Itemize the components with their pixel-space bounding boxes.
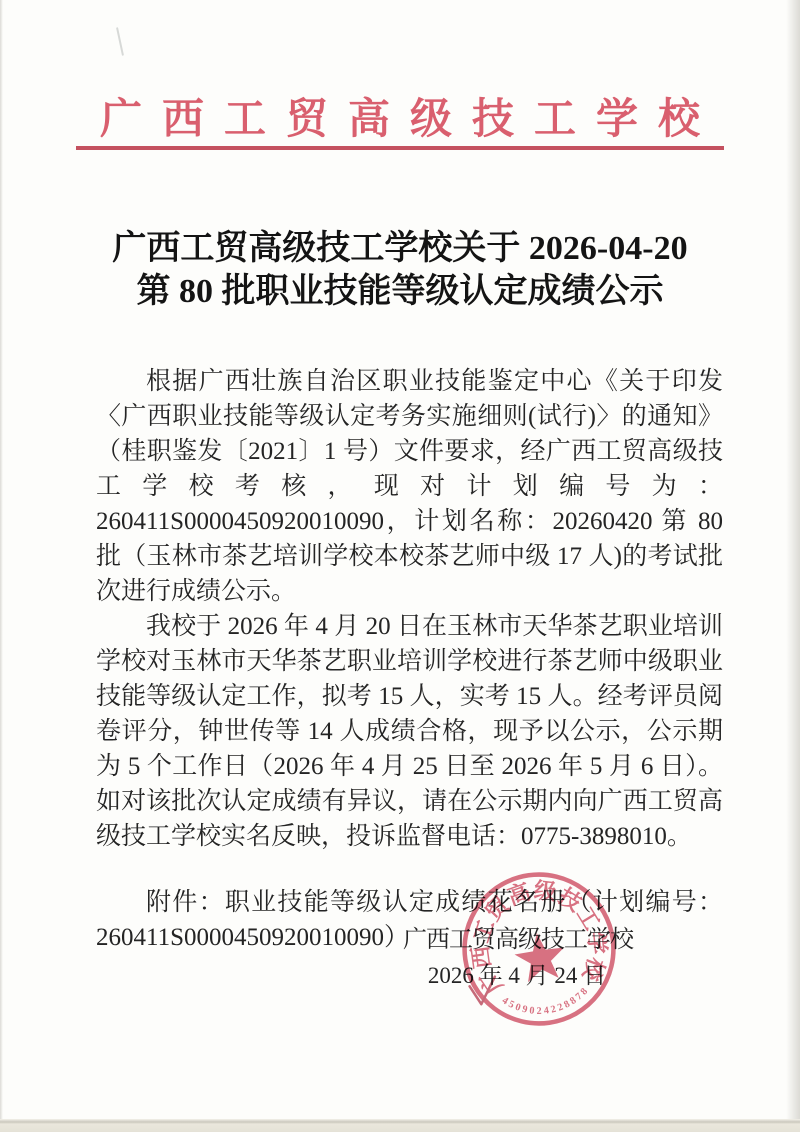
- document-title: 广西工贸高级技工学校关于 2026-04-20 第 80 批职业技能等级认定成绩…: [86, 227, 714, 313]
- document-title-line2: 第 80 批职业技能等级认定成绩公示: [86, 270, 714, 313]
- scan-edge-right: [786, 0, 800, 1132]
- letterhead-school-name: 广西工贸高级技工学校: [100, 86, 720, 146]
- document-body: 根据广西壮族自治区职业技能鉴定中心《关于印发〈广西职业技能等级认定考务实施细则(…: [96, 364, 723, 955]
- official-seal: 广西工贸高级技工学校 4509024228878: [448, 858, 631, 1041]
- seal-star-icon: [512, 929, 568, 983]
- letterhead-rule: [76, 146, 724, 150]
- body-paragraph-results: 我校于 2026 年 4 月 20 日在玉林市天华茶艺职业培训学校对玉林市天华茶…: [96, 609, 723, 854]
- body-paragraph-basis: 根据广西壮族自治区职业技能鉴定中心《关于印发〈广西职业技能等级认定考务实施细则(…: [96, 364, 723, 609]
- scan-scratch-artifact: [116, 27, 124, 56]
- scan-edge-left: [0, 0, 3, 1132]
- scan-edge-bottom: [0, 1119, 800, 1132]
- scanned-document-page: 广西工贸高级技工学校 广西工贸高级技工学校关于 2026-04-20 第 80 …: [0, 0, 800, 1132]
- document-title-line1: 广西工贸高级技工学校关于 2026-04-20: [86, 227, 714, 270]
